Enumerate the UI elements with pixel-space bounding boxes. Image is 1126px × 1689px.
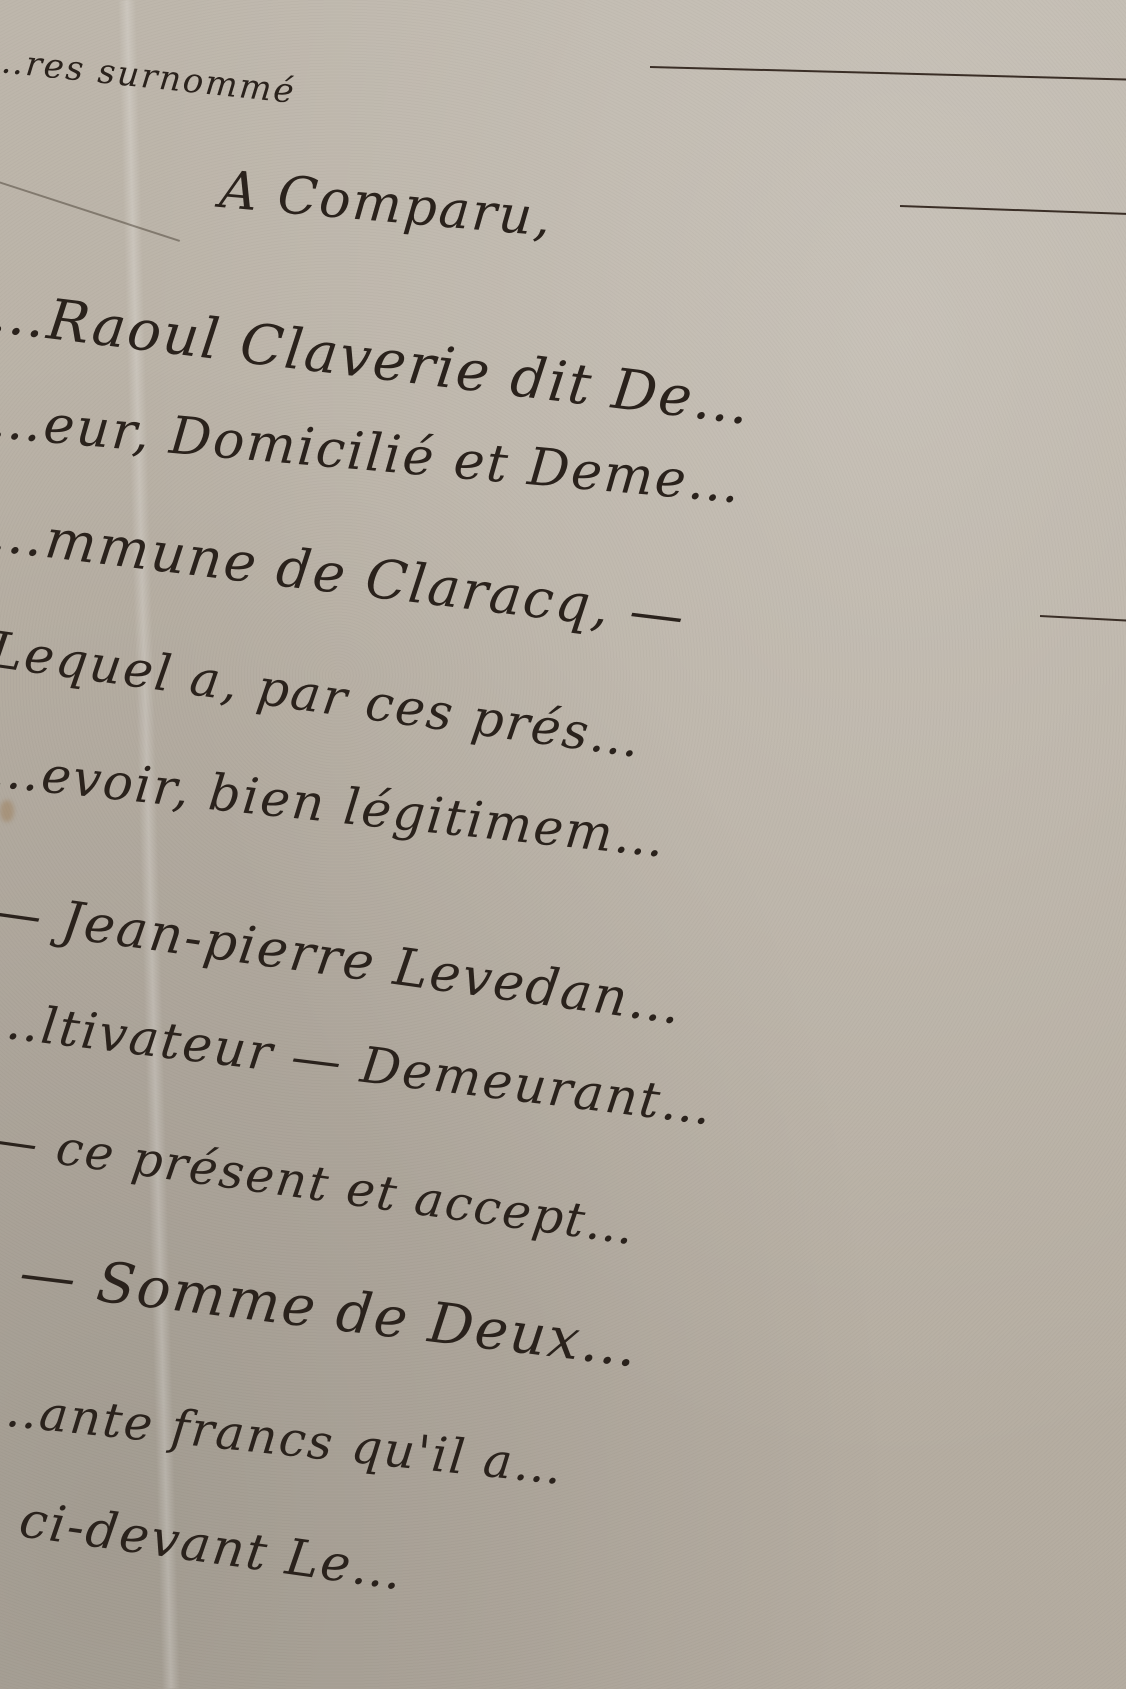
ink-stain (0, 800, 14, 822)
